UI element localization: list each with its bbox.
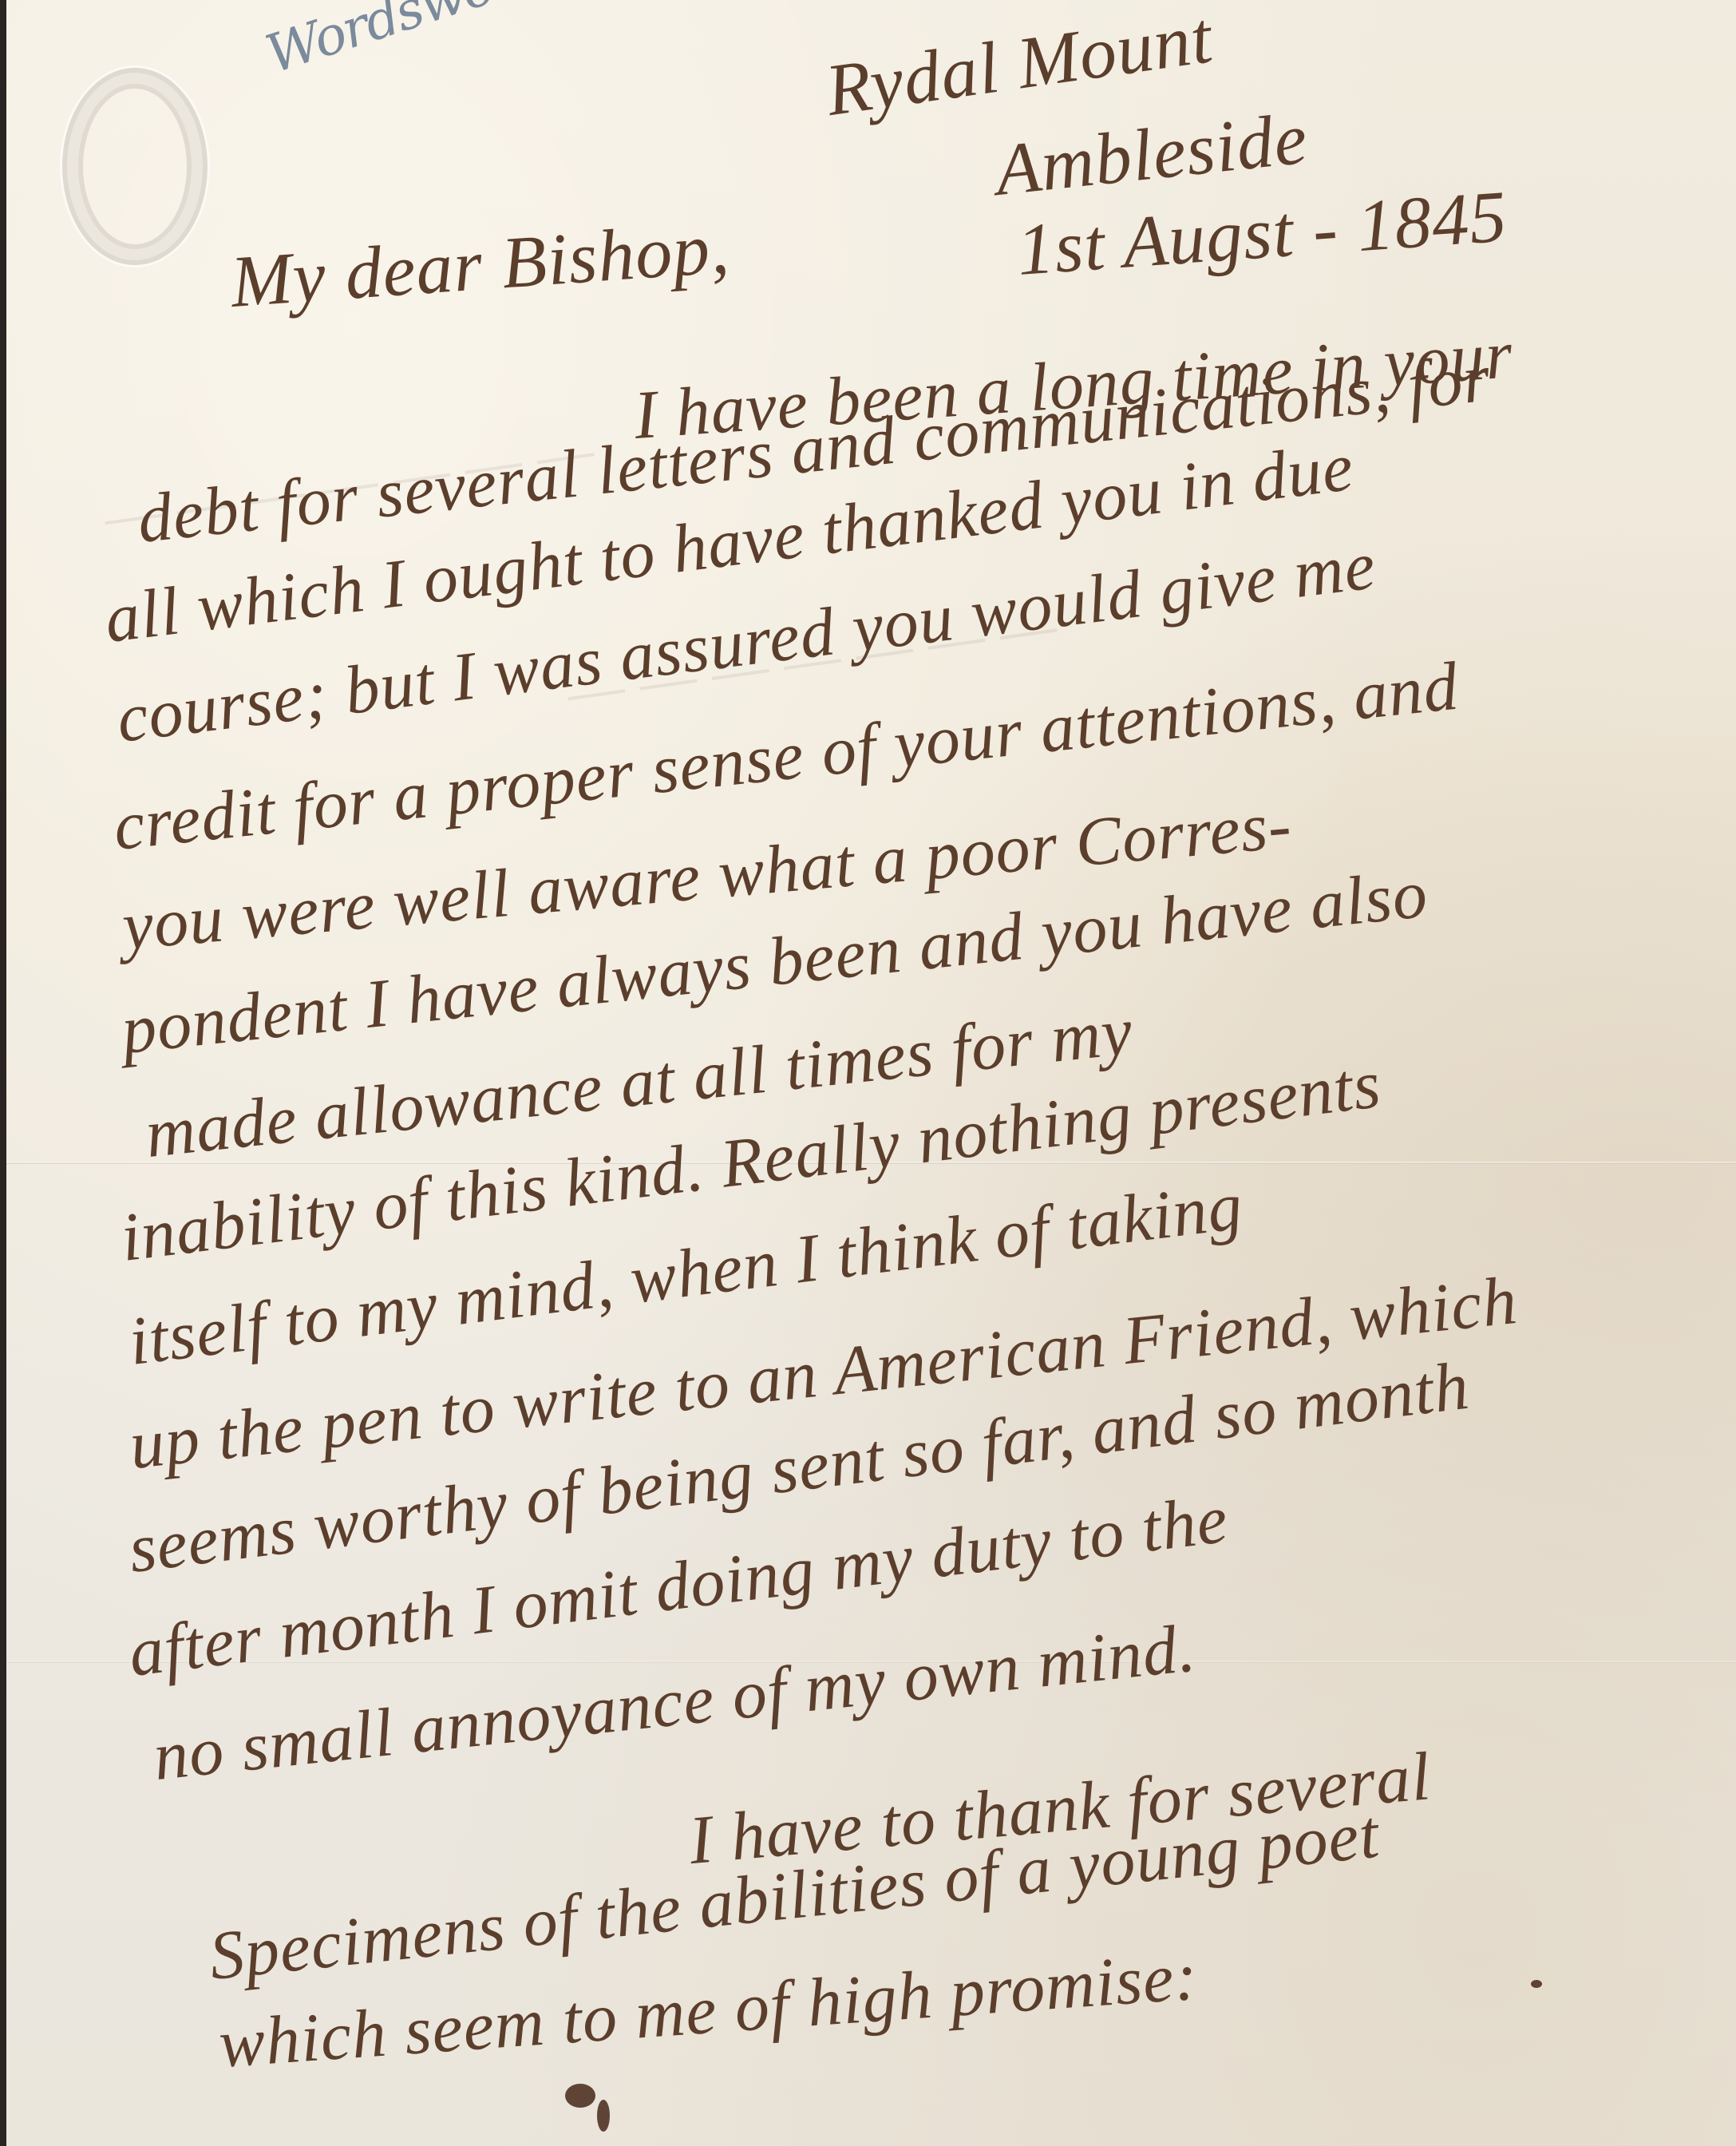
pencil-annotation: Wordsworth [259, 0, 571, 85]
ink-blot [565, 2084, 595, 2108]
salutation-text: My dear Bishop, [228, 205, 733, 324]
ink-blot [597, 2100, 610, 2132]
ink-blot [1531, 1980, 1542, 1988]
letter-page: — — — — — — — — — — — — — — Wordsworth R… [6, 0, 1736, 2146]
embossed-seal-icon [62, 68, 208, 265]
